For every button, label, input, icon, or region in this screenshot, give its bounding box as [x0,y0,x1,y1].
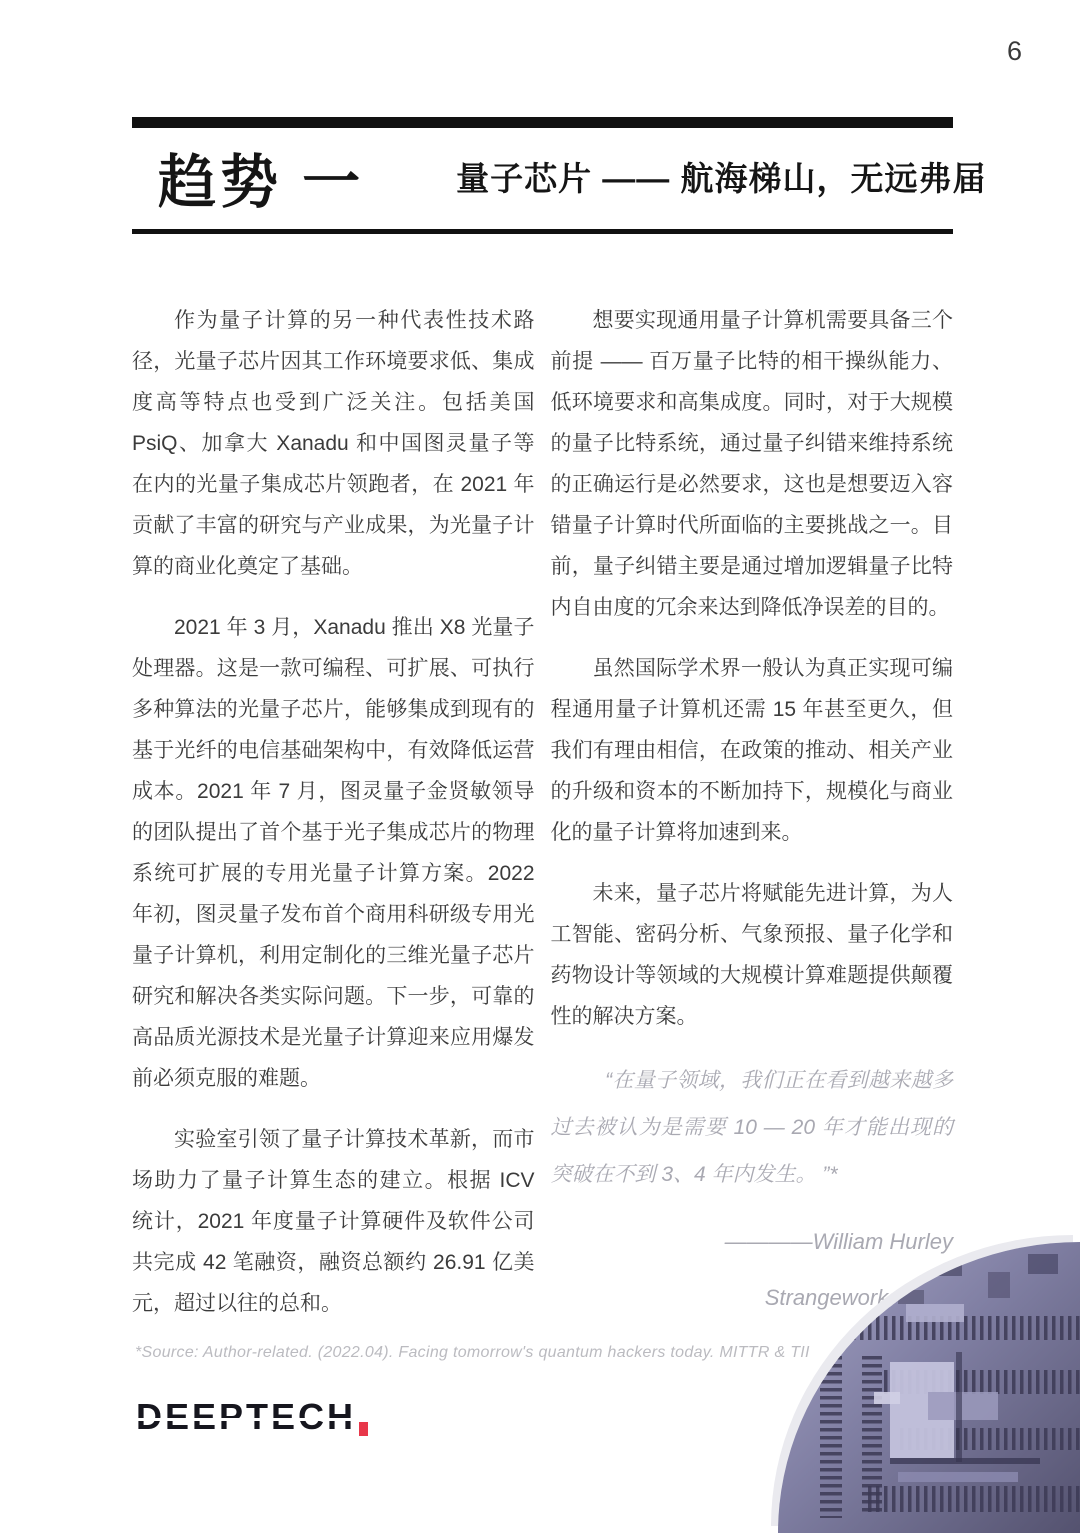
paragraph: 2021 年 3 月，Xanadu 推出 X8 光量子处理器。这是一款可编程、可… [132,607,535,1099]
right-column: 想要实现通用量子计算机需要具备三个前提 —— 百万量子比特的相干操纵能力、低环境… [551,300,954,1344]
pull-quote: “在量子领域，我们正在看到越来越多过去被认为是需要 10 — 20 年才能出现的… [551,1057,954,1198]
report-page: 6 趋势 一 量子芯片 —— 航海梯山，无远弗届 作为量子计算的另一种代表性技术… [0,0,1080,1533]
paragraph: 实验室引领了量子计算技术革新，而市场助力了量子计算生态的建立。根据 ICV 统计… [132,1119,535,1324]
deeptech-logo-red-accent [359,1422,368,1436]
deeptech-logo-text: DEEPTECH [136,1396,356,1438]
header-bottom-bar [132,229,953,234]
left-column: 作为量子计算的另一种代表性技术路径，光量子芯片因其工作环境要求低、集成度高等特点… [132,300,535,1344]
section-title: 量子芯片 —— 航海梯山，无远弗届 [456,153,986,200]
trend-label: 趋势 一 [158,135,364,219]
article-body: 作为量子计算的另一种代表性技术路径，光量子芯片因其工作环境要求低、集成度高等特点… [132,300,953,1344]
section-header: 趋势 一 量子芯片 —— 航海梯山，无远弗届 [132,117,953,234]
paragraph: 想要实现通用量子计算机需要具备三个前提 —— 百万量子比特的相干操纵能力、低环境… [551,300,954,628]
source-footnote: *Source: Author-related. (2022.04). Faci… [135,1344,810,1362]
paragraph: 未来，量子芯片将赋能先进计算，为人工智能、密码分析、气象预报、量子化学和药物设计… [551,873,954,1037]
page-number: 6 [1007,36,1022,67]
paragraph: 作为量子计算的另一种代表性技术路径，光量子芯片因其工作环境要求低、集成度高等特点… [132,300,535,587]
paragraph: 虽然国际学术界一般认为真正实现可编程通用量子计算机还需 15 年甚至更久，但我们… [551,648,954,853]
header-top-bar [132,117,953,128]
header-title-row: 趋势 一 量子芯片 —— 航海梯山，无远弗届 [132,128,953,229]
deeptech-logo: DEEPTECH [136,1396,368,1438]
quote-author: ————William Hurley [551,1214,954,1270]
